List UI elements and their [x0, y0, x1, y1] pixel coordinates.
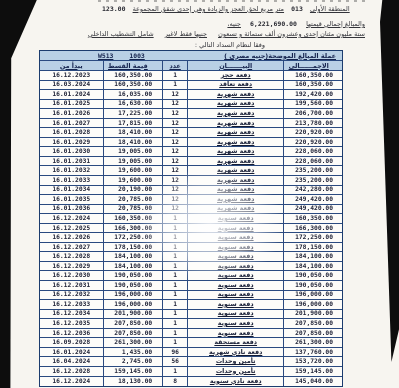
cell-count: 96 — [171, 349, 179, 356]
cell-start-date: 16.01.2024 — [52, 91, 90, 98]
scan-edge-right — [380, 0, 399, 362]
table-row: 16.03.2024160,350.001دفعة تعاقد160,350.0… — [40, 81, 342, 91]
table-row: 16.01.203119,005.0012دفعة شهرية228,060.0… — [40, 157, 342, 167]
cell-start-date: 16.01.2024 — [52, 349, 90, 356]
cell-start-date: 16.01.2025 — [52, 100, 90, 107]
cell-start-date: 16.12.2026 — [52, 234, 90, 241]
cell-installment-value: 2,745.00 — [122, 358, 152, 365]
cell-count: 12 — [171, 100, 179, 107]
cell-total: 137,760.00 — [295, 349, 333, 356]
cell-installment-value: 178,150.00 — [114, 244, 152, 251]
cell-description: دفعة شهرية — [217, 120, 254, 127]
cell-installment-value: 172,250.00 — [114, 234, 152, 241]
cell-start-date: 16.12.2033 — [52, 301, 90, 308]
cell-total: 207,850.00 — [295, 330, 333, 337]
cell-count: 12 — [171, 158, 179, 165]
cell-start-date: 16.12.2032 — [52, 291, 90, 298]
table-row: 16.12.2033196,000.001دفعة سنوية196,000.0… — [40, 300, 342, 310]
table-row: 16.12.202418,130.008دفعة نادي سنوية145,0… — [40, 377, 342, 387]
cell-start-date: 16.01.2033 — [52, 177, 90, 184]
cell-count: 12 — [171, 110, 179, 117]
cell-count: 1 — [173, 72, 177, 79]
cell-start-date: 16.12.2027 — [52, 244, 90, 251]
cell-start-date: 16.12.2024 — [52, 378, 90, 385]
cell-installment-value: 1,435.00 — [122, 349, 152, 356]
cell-description: تأمين وحدات — [216, 368, 256, 375]
intro-line-area: 123.00 متر مربع لحق العجز والزيادة وهي إ… — [102, 5, 355, 13]
cell-description: دفعة سنوية — [218, 272, 254, 279]
table-row: 16.12.2031190,050.001دفعة سنوية190,050.0… — [40, 281, 342, 291]
cell-installment-value: 190,050.00 — [114, 272, 152, 279]
cell-start-date: 16.01.2026 — [52, 110, 90, 117]
cell-description: دفعة سنوية — [218, 330, 254, 337]
cell-installment-value: 207,850.00 — [114, 320, 152, 327]
table-row: 16.01.203019,005.0012دفعة شهرية228,060.0… — [40, 147, 342, 157]
area-text: متر مربع لحق العجز والزيادة وهي إحدى شقق… — [133, 5, 284, 13]
table-row: 16.01.203620,785.0012دفعة شهرية249,420.0… — [40, 205, 342, 215]
cell-description: دفعة شهرية — [217, 158, 254, 165]
cell-installment-value: 207,850.00 — [114, 330, 152, 337]
cell-count: 12 — [171, 139, 179, 146]
finishing-included-text: شامل التشطيب الداخلي — [88, 30, 154, 38]
cell-installment-value: 160,350.00 — [114, 215, 152, 222]
cell-start-date: 16.12.2030 — [52, 272, 90, 279]
cell-total: 207,850.00 — [295, 320, 333, 327]
cell-count: 1 — [173, 368, 177, 375]
cell-installment-value: 159,145.00 — [114, 368, 152, 375]
table-body: 16.12.2023160,350.001دفعة حجز160,350.001… — [40, 71, 342, 386]
table-row: 16.01.203420,190.0012دفعة شهرية242,280.0… — [40, 186, 342, 196]
table-row: 16.12.2032196,000.001دفعة سنوية196,000.0… — [40, 291, 342, 301]
cell-description: دفعة سنوية — [218, 263, 254, 270]
table-row: 16.01.202918,410.0012دفعة شهرية220,920.0… — [40, 138, 342, 148]
cell-total: 160,350.00 — [295, 72, 333, 79]
cell-installment-value: 16,630.00 — [118, 100, 152, 107]
cell-total: 242,280.00 — [295, 186, 333, 193]
cell-total: 159,145.00 — [295, 368, 333, 375]
cell-total: 261,300.00 — [295, 339, 333, 346]
cell-count: 1 — [173, 272, 177, 279]
cell-start-date: 16.01.2034 — [52, 186, 90, 193]
cell-total: 235,200.00 — [295, 177, 333, 184]
cell-start-date: 16.01.2036 — [52, 205, 90, 212]
total-suffix: جنيه، — [227, 20, 241, 28]
cell-description: دفعة سنوية — [218, 253, 254, 260]
cell-start-date: 16.01.2027 — [52, 120, 90, 127]
cell-count: 12 — [171, 167, 179, 174]
cell-description: دفعة شهرية — [217, 139, 254, 146]
cell-count: 1 — [173, 291, 177, 298]
table-row: 16.12.2030190,050.001دفعة سنوية190,050.0… — [40, 271, 342, 281]
cell-count: 1 — [173, 310, 177, 317]
total-amount: 6,221,690.00 — [250, 20, 297, 28]
cell-count: 1 — [173, 244, 177, 251]
intro-line-words: ستة مليون مئتان إحدى وعشرون ألف ستمائة و… — [79, 30, 365, 38]
cell-count: 1 — [173, 81, 177, 88]
cell-count: 1 — [173, 215, 177, 222]
cell-description: دفعة حجز — [221, 72, 251, 79]
cell-start-date: 16.01.2029 — [52, 139, 90, 146]
amount-in-words: ستة مليون مئتان إحدى وعشرون ألف ستمائة و… — [218, 30, 365, 38]
cell-installment-value: 261,300.00 — [114, 339, 152, 346]
col-header-description: البيـــــــان — [219, 62, 252, 70]
cell-installment-value: 20,190.00 — [118, 186, 152, 193]
table-row: 16.01.203520,785.0012دفعة شهرية249,420.0… — [40, 195, 342, 205]
cell-count: 12 — [171, 120, 179, 127]
table-meta-row: W513 1003 عملة المبالغ الموضحة(جنيه مصري… — [40, 51, 342, 61]
cell-start-date: 16.12.2028 — [52, 368, 90, 375]
cell-installment-value: 17,225.00 — [118, 110, 152, 117]
zone-text: المنطقة الأولى — [310, 5, 350, 13]
cell-count: 12 — [171, 148, 179, 155]
cell-installment-value: 160,350.00 — [114, 72, 152, 79]
cell-count: 8 — [173, 378, 177, 385]
cell-total: 166,300.00 — [295, 225, 333, 232]
cell-description: دفعة سنوية — [218, 244, 254, 251]
cell-total: 178,150.00 — [295, 244, 333, 251]
cell-installment-value: 16,035.00 — [118, 91, 152, 98]
cell-installment-value: 18,130.00 — [118, 378, 152, 385]
cell-start-date: 16.09.2028 — [52, 339, 90, 346]
cell-description: دفعة شهرية — [217, 129, 254, 136]
cell-start-date: 16.01.2028 — [52, 129, 90, 136]
cell-total: 213,780.00 — [295, 120, 333, 127]
cell-count: 1 — [173, 330, 177, 337]
cell-description: دفعة تعاقد — [219, 81, 252, 88]
cell-installment-value: 19,600.00 — [118, 177, 152, 184]
col-header-installment: قيمة القسط — [108, 62, 148, 70]
table-row: 16.12.2035207,850.001دفعة سنوية207,850.0… — [40, 319, 342, 329]
table-row: 16.04.20242,745.0056تأمين وحدات153,720.0… — [40, 357, 342, 367]
cell-start-date: 16.12.2025 — [52, 225, 90, 232]
intro-line-total: والمبالغ إجمالي قيمتها 6,221,690.00 جنيه… — [227, 20, 365, 28]
cell-installment-value: 190,050.00 — [114, 282, 152, 289]
table-row: 16.01.202617,225.0012دفعة شهرية206,700.0… — [40, 109, 342, 119]
cell-count: 1 — [173, 253, 177, 260]
cell-description: دفعة نادي سنوية — [210, 378, 262, 385]
table-row: 16.12.2025166,300.001دفعة سنوية166,300.0… — [40, 224, 342, 234]
table-row: 16.01.202717,815.0012دفعة شهرية213,780.0… — [40, 119, 342, 129]
cell-total: 199,560.00 — [295, 100, 333, 107]
cell-count: 1 — [173, 282, 177, 289]
table-row: 16.01.202818,410.0012دفعة شهرية220,920.0… — [40, 128, 342, 138]
cell-description: دفعة سنوية — [218, 282, 254, 289]
cell-total: 201,900.00 — [295, 310, 333, 317]
cell-description: دفعة سنوية — [218, 215, 254, 222]
cell-description: دفعة شهرية — [217, 177, 254, 184]
cell-total: 190,050.00 — [295, 272, 333, 279]
cell-count: 1 — [173, 234, 177, 241]
cell-installment-value: 20,785.00 — [118, 205, 152, 212]
area-value: 123.00 — [102, 5, 125, 13]
cell-count: 1 — [173, 339, 177, 346]
table-header-row: يبدأ من قيمة القسط عدد البيـــــــان الا… — [40, 61, 342, 71]
cell-installment-value: 166,300.00 — [114, 225, 152, 232]
cell-installment-value: 160,350.00 — [114, 81, 152, 88]
table-row: 16.01.20241,435.0096دفعة نادي شهرية137,7… — [40, 348, 342, 358]
cell-description: دفعة سنوية — [218, 291, 254, 298]
table-row: 16.12.2027178,150.001دفعة سنوية178,150.0… — [40, 243, 342, 253]
cell-total: 206,700.00 — [295, 110, 333, 117]
cell-installment-value: 196,000.00 — [114, 301, 152, 308]
table-row: 16.01.203219,600.0012دفعة شهرية235,200.0… — [40, 166, 342, 176]
cell-start-date: 16.03.2024 — [52, 81, 90, 88]
cell-total: 190,050.00 — [295, 282, 333, 289]
cell-count: 12 — [171, 205, 179, 212]
cell-description: دفعة شهرية — [217, 100, 254, 107]
cell-start-date: 16.01.2032 — [52, 167, 90, 174]
cell-description: دفعة شهرية — [217, 205, 254, 212]
cell-start-date: 16.12.2024 — [52, 215, 90, 222]
cell-description: دفعة شهرية — [217, 110, 254, 117]
col-header-total: الاجمــــــالى — [289, 62, 329, 70]
cell-total: 172,250.00 — [295, 234, 333, 241]
cell-count: 12 — [171, 177, 179, 184]
cell-total: 160,350.00 — [295, 81, 333, 88]
cell-description: دفعة شهرية — [217, 148, 254, 155]
cell-total: 153,720.00 — [295, 358, 333, 365]
payment-plan-intro: وفقا لنظام السداد التالي : — [195, 41, 265, 49]
cell-total: 196,000.00 — [295, 291, 333, 298]
cell-installment-value: 19,600.00 — [118, 167, 152, 174]
cell-count: 12 — [171, 196, 179, 203]
cell-count: 12 — [171, 186, 179, 193]
cell-total: 220,920.00 — [295, 139, 333, 146]
cell-description: دفعة سنوية — [218, 310, 254, 317]
clipped-text-line — [98, 0, 365, 2]
table-row: 16.12.2026172,250.001دفعة سنوية172,250.0… — [40, 233, 342, 243]
cell-description: دفعة سنوية — [218, 301, 254, 308]
cell-start-date: 16.12.2031 — [52, 282, 90, 289]
cell-installment-value: 201,900.00 — [114, 310, 152, 317]
cell-start-date: 16.04.2024 — [52, 358, 90, 365]
cell-count: 12 — [171, 129, 179, 136]
cell-total: 228,060.00 — [295, 158, 333, 165]
cell-count: 1 — [173, 263, 177, 270]
cell-start-date: 16.12.2035 — [52, 320, 90, 327]
cell-count: 1 — [173, 301, 177, 308]
cell-start-date: 16.01.2031 — [52, 158, 90, 165]
table-row: 16.12.2023160,350.001دفعة حجز160,350.00 — [40, 71, 342, 81]
cell-description: دفعة شهرية — [217, 91, 254, 98]
table-row: 16.12.2029184,100.001دفعة سنوية184,100.0… — [40, 262, 342, 272]
cell-installment-value: 19,005.00 — [118, 148, 152, 155]
cell-description: دفعة شهرية — [217, 186, 254, 193]
cell-total: 235,200.00 — [295, 167, 333, 174]
cell-installment-value: 17,815.00 — [118, 120, 152, 127]
cell-start-date: 16.12.2023 — [52, 72, 90, 79]
cell-description: دفعة سنوية — [218, 234, 254, 241]
col-header-count: عدد — [169, 62, 180, 70]
cell-installment-value: 18,410.00 — [118, 139, 152, 146]
cell-start-date: 16.12.2034 — [52, 310, 90, 317]
cell-total: 249,420.00 — [295, 196, 333, 203]
cell-start-date: 16.01.2035 — [52, 196, 90, 203]
cell-count: 1 — [173, 225, 177, 232]
cell-description: تأمين وحدات — [216, 358, 256, 365]
cell-start-date: 16.12.2036 — [52, 330, 90, 337]
cell-description: دفعة مستحقة — [214, 339, 257, 346]
cell-description: دفعة شهرية — [217, 196, 254, 203]
cell-description: دفعة سنوية — [218, 225, 254, 232]
cell-count: 56 — [171, 358, 179, 365]
only-no-more-text: جنيها فقط لاغير — [165, 30, 207, 38]
table-row: 16.12.2028159,145.001تأمين وحدات159,145.… — [40, 367, 342, 377]
cell-installment-value: 184,100.00 — [114, 253, 152, 260]
group-number: 013 — [291, 5, 303, 13]
table-row: 16.09.2028261,300.001دفعة مستحقة261,300.… — [40, 338, 342, 348]
table-row: 16.01.202516,630.0012دفعة شهرية199,560.0… — [40, 100, 342, 110]
cell-total: 184,100.00 — [295, 263, 333, 270]
cell-total: 160,350.00 — [295, 215, 333, 222]
cell-description: دفعة سنوية — [218, 320, 254, 327]
cell-installment-value: 19,005.00 — [118, 158, 152, 165]
cell-total: 145,040.00 — [295, 378, 333, 385]
cell-total: 192,420.00 — [295, 91, 333, 98]
cell-installment-value: 18,410.00 — [118, 129, 152, 136]
cell-installment-value: 196,000.00 — [114, 291, 152, 298]
table-row: 16.01.203319,600.0012دفعة شهرية235,200.0… — [40, 176, 342, 186]
cell-total: 228,060.00 — [295, 148, 333, 155]
building-code: W513 — [98, 52, 113, 60]
table-row: 16.12.2024160,350.001دفعة سنوية160,350.0… — [40, 214, 342, 224]
cell-description: دفعة شهرية — [217, 167, 254, 174]
scan-edge-left — [0, 0, 40, 388]
cell-total: 249,420.00 — [295, 205, 333, 212]
table-row: 16.12.2034201,900.001دفعة سنوية201,900.0… — [40, 310, 342, 320]
cell-total: 196,000.00 — [295, 301, 333, 308]
cell-start-date: 16.12.2029 — [52, 263, 90, 270]
cell-count: 1 — [173, 320, 177, 327]
cell-start-date: 16.01.2030 — [52, 148, 90, 155]
scanned-document-page: 123.00 متر مربع لحق العجز والزيادة وهي إ… — [0, 0, 399, 388]
cell-description: دفعة نادي شهرية — [209, 349, 262, 356]
col-header-start-date: يبدأ من — [60, 62, 83, 70]
table-row: 16.12.2036207,850.001دفعة سنوية207,850.0… — [40, 329, 342, 339]
cell-installment-value: 184,100.00 — [114, 263, 152, 270]
unit-codes: W513 1003 — [40, 52, 145, 60]
currency-note: عملة المبالغ الموضحة(جنيه مصري ) — [224, 52, 342, 60]
cell-total: 184,100.00 — [295, 253, 333, 260]
cell-total: 220,920.00 — [295, 129, 333, 136]
cell-count: 12 — [171, 91, 179, 98]
cell-start-date: 16.12.2028 — [52, 253, 90, 260]
payment-schedule-table: W513 1003 عملة المبالغ الموضحة(جنيه مصري… — [39, 50, 343, 387]
cell-installment-value: 20,785.00 — [118, 196, 152, 203]
total-prefix: والمبالغ إجمالي قيمتها — [306, 20, 365, 28]
unit-code: 1003 — [129, 52, 144, 60]
table-row: 16.01.202416,035.0012دفعة شهرية192,420.0… — [40, 90, 342, 100]
table-row: 16.12.2028184,100.001دفعة سنوية184,100.0… — [40, 252, 342, 262]
